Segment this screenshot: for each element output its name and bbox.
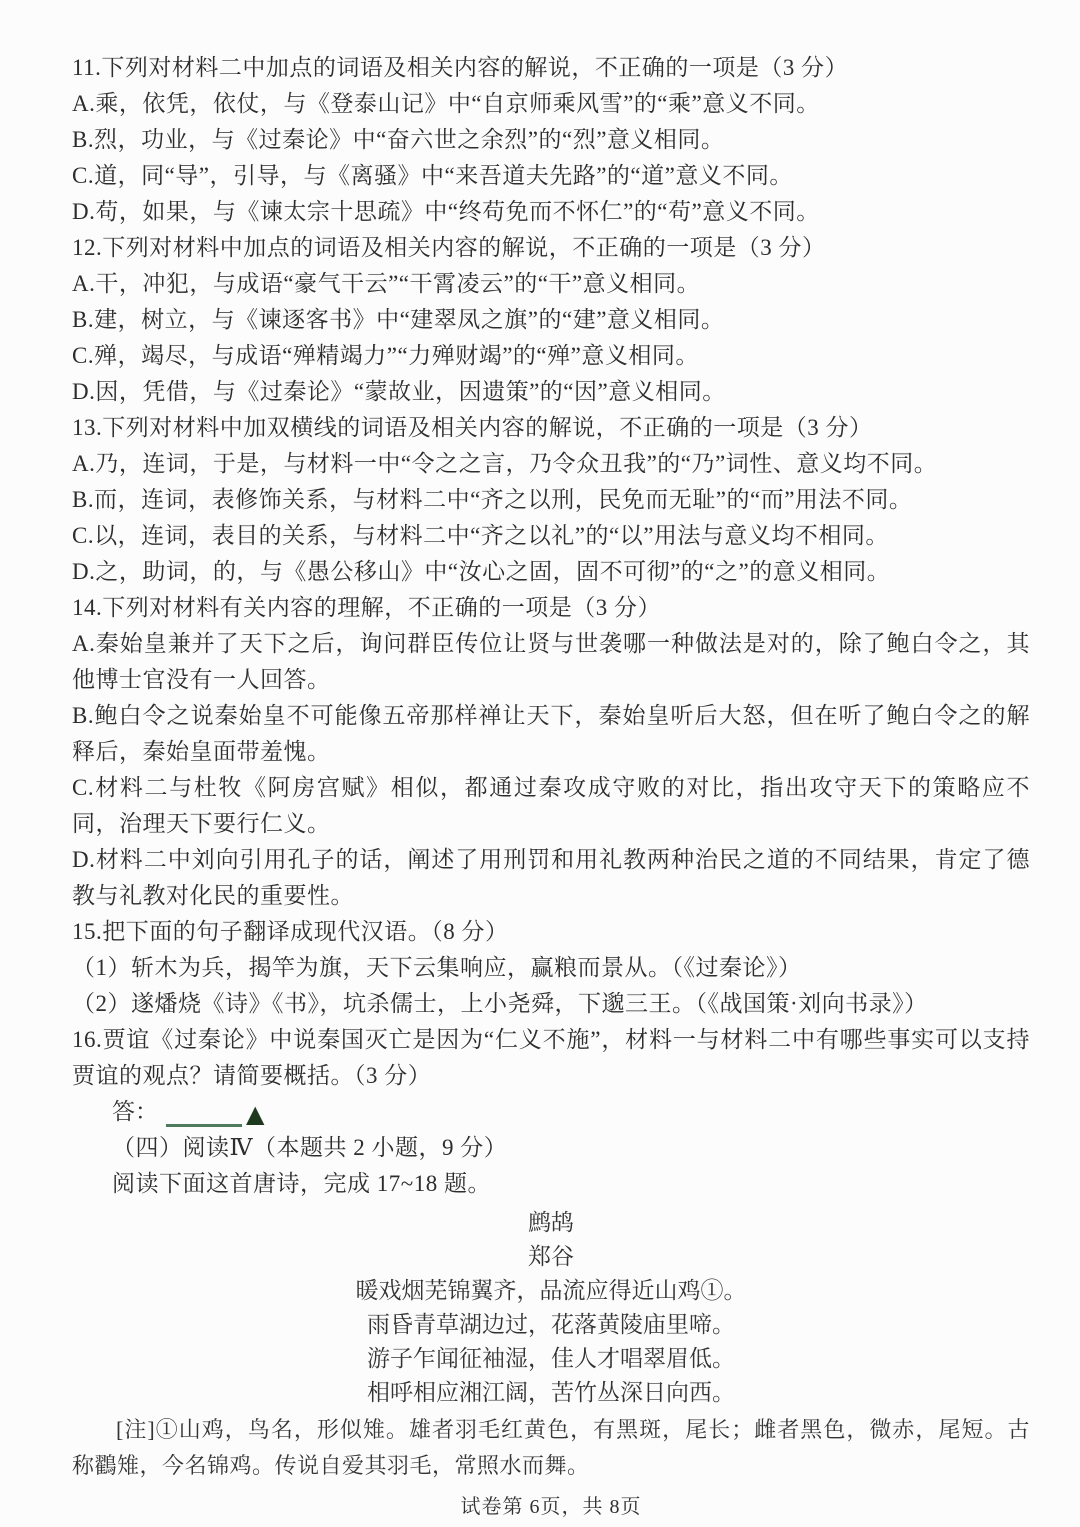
section-4-heading: （四）阅读Ⅳ（本题共 2 小题，9 分） [72,1130,1030,1166]
question-14-option-a: A.秦始皇兼并了天下之后，询问群臣传位让贤与世袭哪一种做法是对的，除了鲍白令之，… [72,626,1030,698]
question-12-option-b: B.建，树立，与《谏逐客书》中“建翠凤之旗”的“建”意义相同。 [72,302,1030,338]
question-14-option-c: C.材料二与杜牧《阿房宫赋》相似，都通过秦攻成守败的对比，指出攻守天下的策略应不… [72,770,1030,842]
question-16-stem: 16.贾谊《过秦论》中说秦国灭亡是因为“仁义不施”，材料一与材料二中有哪些事实可… [72,1022,1030,1094]
question-14-stem: 14.下列对材料有关内容的理解，不正确的一项是（3 分） [72,590,1030,626]
poem: 鹧鸪 郑谷 暖戏烟芜锦翼齐，品流应得近山鸡①。 雨昏青草湖边过，花落黄陵庙里啼。… [72,1206,1030,1410]
question-15-stem: 15.把下面的句子翻译成现代汉语。（8 分） [72,914,1030,950]
answer-label: 答： [112,1099,158,1124]
poem-author: 郑谷 [72,1240,1030,1274]
reading-instruction: 阅读下面这首唐诗，完成 17~18 题。 [72,1166,1030,1202]
question-11-stem: 11.下列对材料二中加点的词语及相关内容的解说，不正确的一项是（3 分） [72,50,1030,86]
question-15-sentence-1: （1）斩木为兵，揭竿为旗，天下云集响应，赢粮而景从。（《过秦论》） [72,950,1030,986]
poem-line-4: 相呼相应湘江阔，苦竹丛深日向西。 [72,1376,1030,1410]
poem-line-3: 游子乍闻征袖湿，佳人才唱翠眉低。 [72,1342,1030,1376]
question-13-option-a: A.乃，连词，于是，与材料一中“令之之言，乃令众丑我”的“乃”词性、意义均不同。 [72,446,1030,482]
answer-row: 答：▲ [72,1094,1030,1130]
answer-blank-line: ▲ [166,1099,242,1127]
question-12-option-a: A.干，冲犯，与成语“豪气干云”“干霄凌云”的“干”意义相同。 [72,266,1030,302]
exam-paper-page: 11.下列对材料二中加点的词语及相关内容的解说，不正确的一项是（3 分） A.乘… [0,0,1080,1527]
page-footer: 试卷第 6页，共 8页 [72,1490,1030,1519]
question-11-option-a: A.乘，依凭，依仗，与《登泰山记》中“自京师乘风雪”的“乘”意义不同。 [72,86,1030,122]
poem-title: 鹧鸪 [72,1206,1030,1240]
question-15-sentence-2: （2）遂燔烧《诗》《书》，坑杀儒士，上小尧舜，下邈三王。（《战国策·刘向书录》） [72,986,1030,1022]
answer-triangle-icon: ▲ [206,1102,264,1126]
poem-line-2: 雨昏青草湖边过，花落黄陵庙里啼。 [72,1308,1030,1342]
question-13-option-d: D.之，助词，的，与《愚公移山》中“汝心之固，固不可彻”的“之”的意义相同。 [72,554,1030,590]
question-13-stem: 13.下列对材料中加双横线的词语及相关内容的解说，不正确的一项是（3 分） [72,410,1030,446]
poem-footnote: [注]①山鸡，鸟名，形似雉。雄者羽毛红黄色，有黑斑，尾长；雌者黑色，微赤，尾短。… [72,1412,1030,1484]
question-12-option-d: D.因，凭借，与《过秦论》“蒙故业，因遗策”的“因”意义相同。 [72,374,1030,410]
poem-line-1: 暖戏烟芜锦翼齐，品流应得近山鸡①。 [72,1274,1030,1308]
question-12-option-c: C.殚，竭尽，与成语“殚精竭力”“力殚财竭”的“殚”意义相同。 [72,338,1030,374]
question-12-stem: 12.下列对材料中加点的词语及相关内容的解说，不正确的一项是（3 分） [72,230,1030,266]
question-13-option-c: C.以，连词，表目的关系，与材料二中“齐之以礼”的“以”用法与意义均不相同。 [72,518,1030,554]
question-14-option-d: D.材料二中刘向引用孔子的话，阐述了用刑罚和用礼教两种治民之道的不同结果，肯定了… [72,842,1030,914]
question-11-option-b: B.烈，功业，与《过秦论》中“奋六世之余烈”的“烈”意义相同。 [72,122,1030,158]
question-11-option-c: C.道，同“导”，引导，与《离骚》中“来吾道夫先路”的“道”意义不同。 [72,158,1030,194]
question-14-option-b: B.鲍白令之说秦始皇不可能像五帝那样禅让天下，秦始皇听后大怒，但在听了鲍白令之的… [72,698,1030,770]
question-13-option-b: B.而，连词，表修饰关系，与材料二中“齐之以刑，民免而无耻”的“而”用法不同。 [72,482,1030,518]
question-11-option-d: D.苟，如果，与《谏太宗十思疏》中“终苟免而不怀仁”的“苟”意义不同。 [72,194,1030,230]
